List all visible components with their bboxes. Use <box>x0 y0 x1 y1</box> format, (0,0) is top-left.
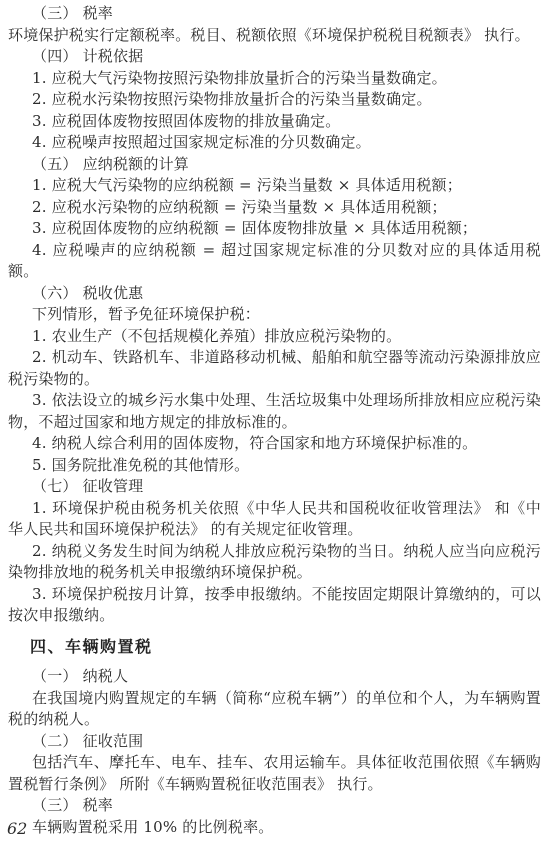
list-item: 4. 应税噪声的应纳税额 = 超过国家规定标准的分贝数对应的具体适用税额。 <box>8 240 541 283</box>
subsection-heading: （二） 征收范围 <box>8 731 541 753</box>
list-item: 3. 环境保护税按月计算，按季申报缴纳。不能按固定期限计算缴纳的，可以按次申报缴… <box>8 584 541 627</box>
list-item: 1. 农业生产（不包括规模化养殖）排放应税污染物的。 <box>8 326 541 348</box>
list-item: 2. 纳税义务发生时间为纳税人排放应税污染物的当日。纳税人应当向应税污染物排放地… <box>8 541 541 584</box>
list-item: 3. 应税固体废物按照固体废物的排放量确定。 <box>8 111 541 133</box>
list-item: 3. 依法设立的城乡污水集中处理、生活垃圾集中处理场所排放相应应税污染物，不超过… <box>8 390 541 433</box>
section-heading: 四、车辆购置税 <box>8 636 541 658</box>
page-number: 62 <box>7 819 27 838</box>
body-paragraph: 包括汽车、摩托车、电车、挂车、农用运输车。具体征收范围依照《车辆购置税暂行条例》… <box>8 752 541 795</box>
subsection-heading: （五） 应纳税额的计算 <box>8 154 541 176</box>
list-item: 1. 环境保护税由税务机关依照《中华人民共和国税收征收管理法》 和《中华人民共和… <box>8 498 541 541</box>
list-item: 4. 纳税人综合利用的固体废物，符合国家和地方环境保护标准的。 <box>8 433 541 455</box>
list-item: 3. 应税固体废物的应纳税额 = 固体废物排放量 × 具体适用税额； <box>8 218 541 240</box>
document-body: （三） 税率 环境保护税实行定额税率。税目、税额依照《环境保护税税目税额表》 执… <box>8 3 541 838</box>
subsection-heading: （三） 税率 <box>8 795 541 817</box>
subsection-heading: （四） 计税依据 <box>8 46 541 68</box>
body-paragraph: 环境保护税实行定额税率。税目、税额依照《环境保护税税目税额表》 执行。 <box>8 25 541 47</box>
list-item: 2. 应税水污染物的应纳税额 = 污染当量数 × 具体适用税额； <box>8 197 541 219</box>
subsection-heading: （三） 税率 <box>8 3 541 25</box>
body-paragraph: 车辆购置税采用 10% 的比例税率。 <box>8 817 541 839</box>
list-item: 1. 应税大气污染物的应纳税额 = 污染当量数 × 具体适用税额； <box>8 175 541 197</box>
subsection-heading: （一） 纳税人 <box>8 666 541 688</box>
body-paragraph: 在我国境内购置规定的车辆（简称“应税车辆”）的单位和个人，为车辆购置税的纳税人。 <box>8 688 541 731</box>
document-page: （三） 税率 环境保护税实行定额税率。税目、税额依照《环境保护税税目税额表》 执… <box>0 0 548 844</box>
body-paragraph: 下列情形，暂予免征环境保护税： <box>8 304 541 326</box>
list-item: 2. 机动车、铁路机车、非道路移动机械、船舶和航空器等流动污染源排放应税污染物的… <box>8 347 541 390</box>
subsection-heading: （六） 税收优惠 <box>8 283 541 305</box>
list-item: 4. 应税噪声按照超过国家规定标准的分贝数确定。 <box>8 132 541 154</box>
list-item: 1. 应税大气污染物按照污染物排放量折合的污染当量数确定。 <box>8 68 541 90</box>
list-item: 5. 国务院批准免税的其他情形。 <box>8 455 541 477</box>
list-item: 2. 应税水污染物按照污染物排放量折合的污染当量数确定。 <box>8 89 541 111</box>
subsection-heading: （七） 征收管理 <box>8 476 541 498</box>
